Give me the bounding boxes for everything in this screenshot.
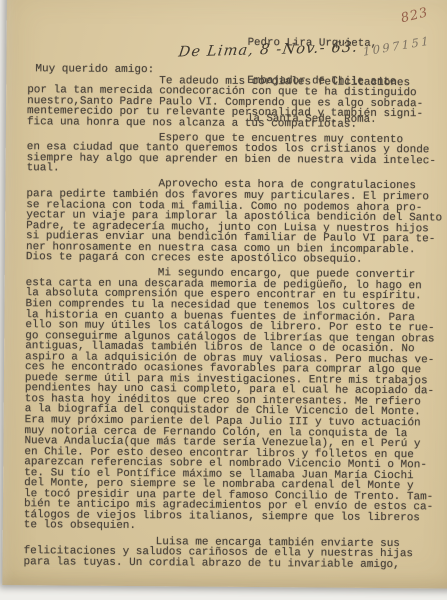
letter-body: Muy querido amigo: Te adeudo mis cordial… — [23, 64, 447, 570]
letter-paragraph-1: Te adeudo mis cordiales felicitaciones p… — [27, 75, 447, 131]
letter-paragraph-3: Aprovecho esta hora de congratulaciones … — [26, 179, 447, 267]
letter-content: Pedro Lira Urquieta, Embajador de Chile … — [2, 0, 447, 589]
letter-paragraph-2: Espero que te encuentres muy contento en… — [27, 132, 447, 178]
letter-paper: Pedro Lira Urquieta, Embajador de Chile … — [2, 0, 447, 589]
letter-paragraph-5: Luisa me encarga también enviarte sus fe… — [23, 536, 445, 571]
archive-folio-number: 823 — [399, 5, 430, 26]
letter-paragraph-4: Mi segundo encargo, que puede convertir … — [24, 268, 447, 535]
